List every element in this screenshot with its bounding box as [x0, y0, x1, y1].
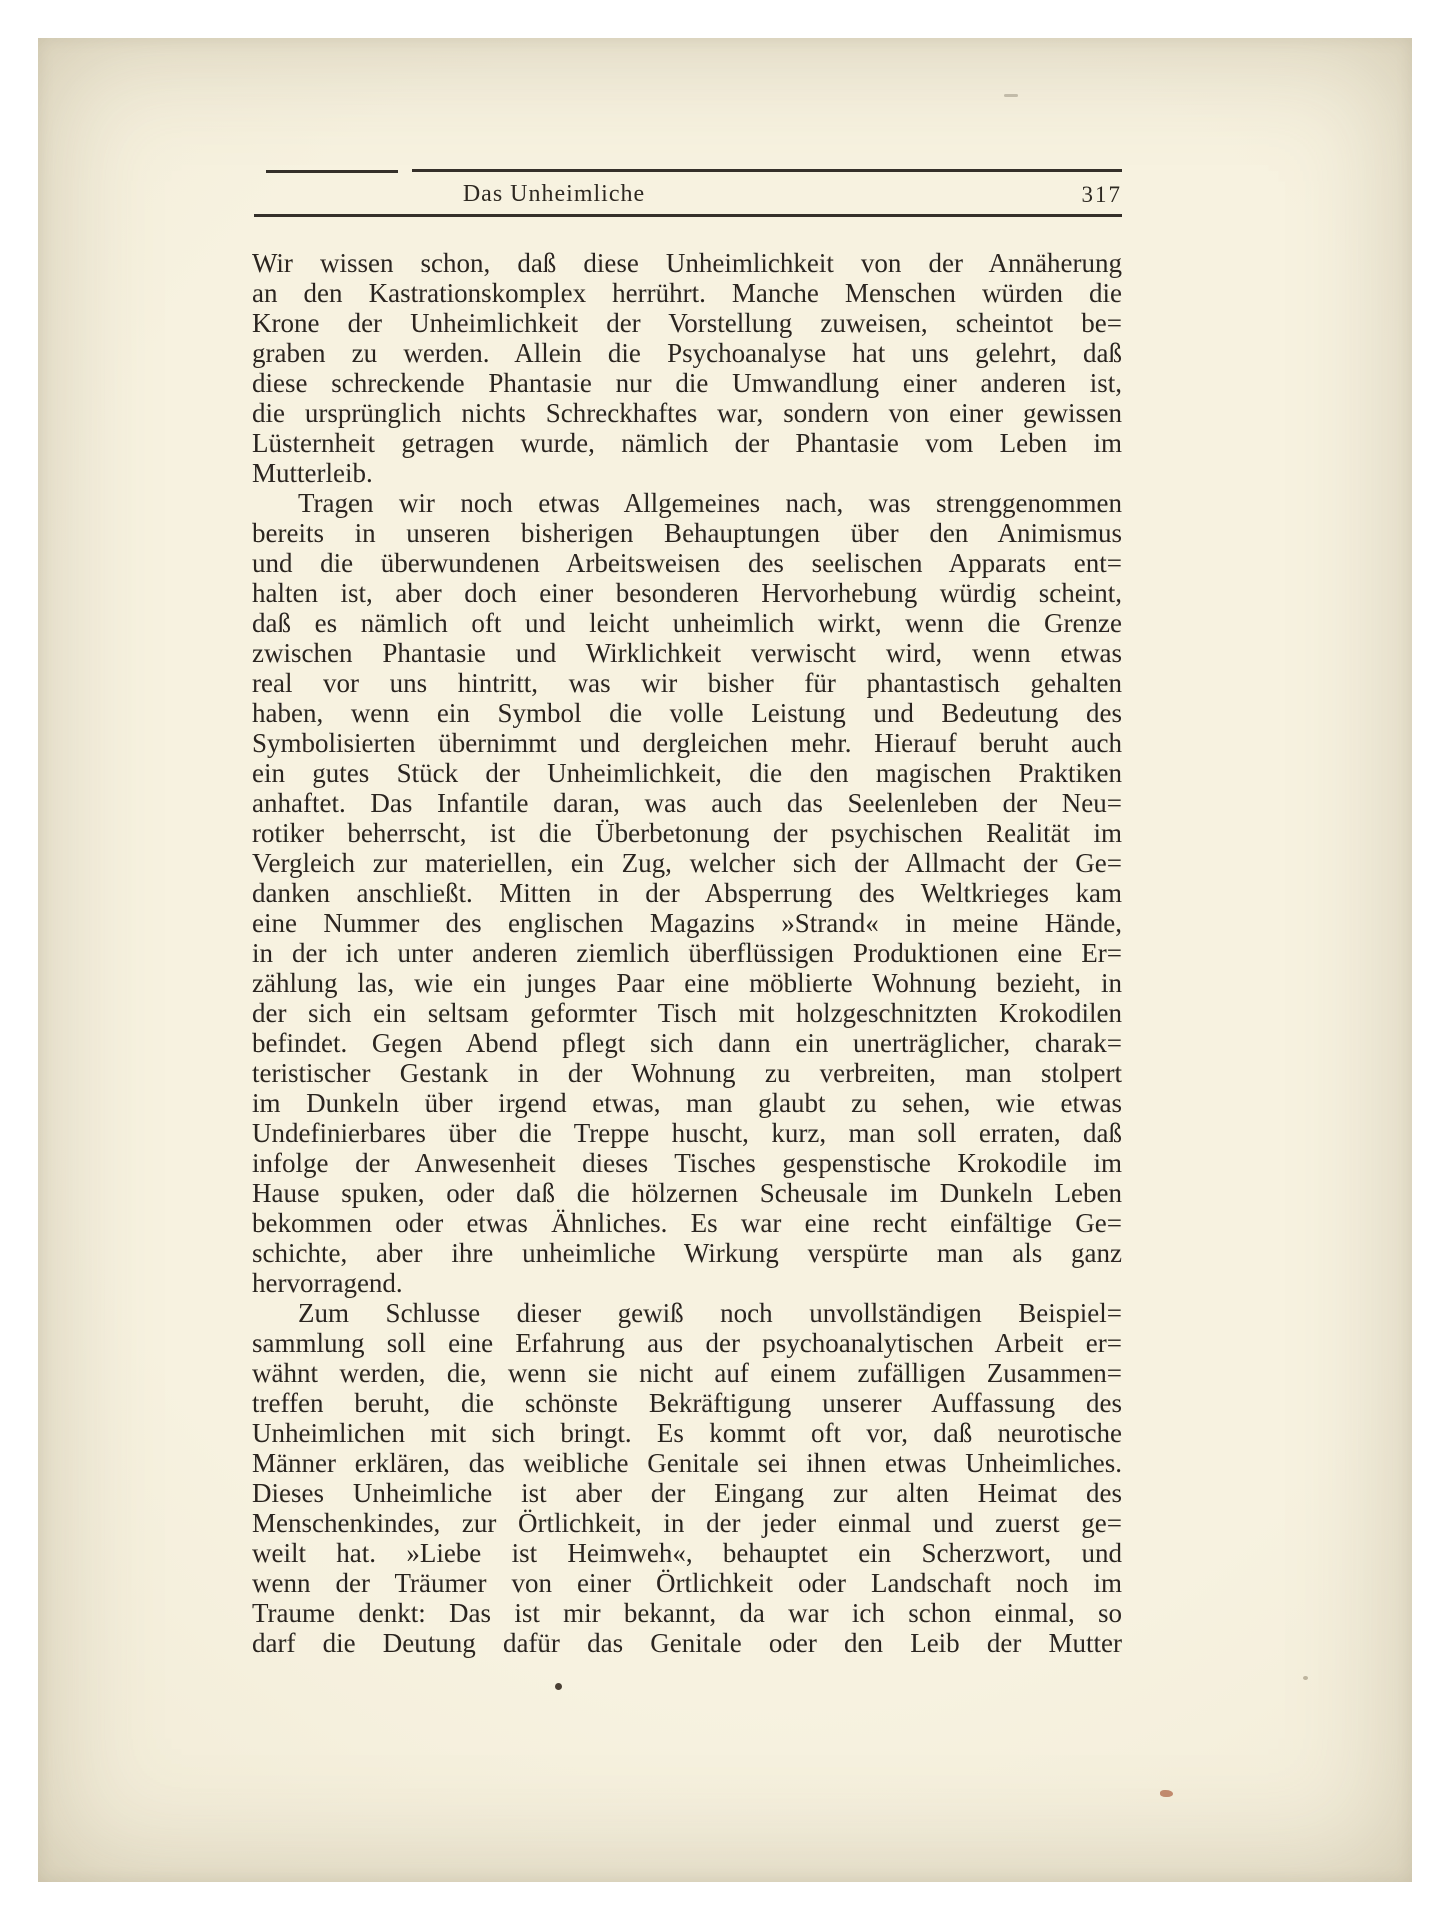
- paper-speck: [1303, 1676, 1308, 1680]
- paper-speck: [555, 1683, 562, 1690]
- text-line: befindet. Gegen Abend pflegt sich dann e…: [252, 1028, 1122, 1058]
- text-line: halten ist, aber doch einer besonderen H…: [252, 578, 1122, 608]
- page-number: 317: [1042, 180, 1122, 210]
- text-line: Symbolisierten übernimmt und dergleichen…: [252, 728, 1122, 758]
- text-block: Wir wissen schon, daß diese Unheimlichke…: [252, 248, 1122, 1658]
- text-line: teristischer Gestank in der Wohnung zu v…: [252, 1058, 1122, 1088]
- header-rule-top-left: [266, 170, 398, 173]
- text-line: danken anschließt. Mitten in der Absperr…: [252, 878, 1122, 908]
- text-line: zwischen Phantasie und Wirklichkeit verw…: [252, 638, 1122, 668]
- text-line: Tragen wir noch etwas Allgemeines nach, …: [252, 488, 1122, 518]
- text-line: der sich ein seltsam geformter Tisch mit…: [252, 998, 1122, 1028]
- text-line: haben, wenn ein Symbol die volle Leistun…: [252, 698, 1122, 728]
- text-line: daß es nämlich oft und leicht unheimlich…: [252, 608, 1122, 638]
- text-line: bereits in unseren bisherigen Behauptung…: [252, 518, 1122, 548]
- text-line: und die überwundenen Arbeitsweisen des s…: [252, 548, 1122, 578]
- text-line: Mutterleib.: [252, 458, 1122, 488]
- text-line: wenn der Träumer von einer Örtlichkeit o…: [252, 1568, 1122, 1598]
- text-line: infolge der Anwesenheit dieses Tisches g…: [252, 1148, 1122, 1178]
- text-line: zählung las, wie ein junges Paar eine mö…: [252, 968, 1122, 998]
- text-line: darf die Deutung dafür das Genitale oder…: [252, 1628, 1122, 1658]
- text-line: rotiker beherrscht, ist die Überbetonung…: [252, 818, 1122, 848]
- text-line: Undefinierbares über die Treppe huscht, …: [252, 1118, 1122, 1148]
- text-line: Krone der Unheimlichkeit der Vorstellung…: [252, 308, 1122, 338]
- scan-background: Das Unheimliche 317 Wir wissen schon, da…: [0, 0, 1449, 1915]
- text-line: an den Kastrationskomplex herrührt. Manc…: [252, 278, 1122, 308]
- text-line: sammlung soll eine Erfahrung aus der psy…: [252, 1328, 1122, 1358]
- text-line: diese schreckende Phantasie nur die Umwa…: [252, 368, 1122, 398]
- text-line: Wir wissen schon, daß diese Unheimlichke…: [252, 248, 1122, 278]
- text-line: ein gutes Stück der Unheimlichkeit, die …: [252, 758, 1122, 788]
- text-line: graben zu werden. Allein die Psychoanaly…: [252, 338, 1122, 368]
- running-header-title: Das Unheimliche: [254, 179, 854, 209]
- book-page: Das Unheimliche 317 Wir wissen schon, da…: [38, 38, 1412, 1882]
- text-line: Zum Schlusse dieser gewiß noch unvollstä…: [252, 1298, 1122, 1328]
- text-line: in der ich unter anderen ziemlich überfl…: [252, 938, 1122, 968]
- text-line: die ursprünglich nichts Schreckhaftes wa…: [252, 398, 1122, 428]
- text-line: Dieses Unheimliche ist aber der Eingang …: [252, 1478, 1122, 1508]
- text-line: Traume denkt: Das ist mir bekannt, da wa…: [252, 1598, 1122, 1628]
- text-line: Lüsternheit getragen wurde, nämlich der …: [252, 428, 1122, 458]
- text-line: anhaftet. Das Infantile daran, was auch …: [252, 788, 1122, 818]
- header-rule-top-right: [412, 169, 1122, 172]
- text-line: treffen beruht, die schönste Bekräftigun…: [252, 1388, 1122, 1418]
- text-line: weilt hat. »Liebe ist Heimweh«, behaupte…: [252, 1538, 1122, 1568]
- text-line: schichte, aber ihre unheimliche Wirkung …: [252, 1238, 1122, 1268]
- text-line: hervorragend.: [252, 1268, 1122, 1298]
- paragraph: Wir wissen schon, daß diese Unheimlichke…: [252, 248, 1122, 488]
- header-rule-bottom: [254, 214, 1122, 217]
- text-line: Menschenkindes, zur Örtlichkeit, in der …: [252, 1508, 1122, 1538]
- paragraph: Tragen wir noch etwas Allgemeines nach, …: [252, 488, 1122, 1298]
- paper-speck: [1004, 94, 1018, 97]
- text-line: eine Nummer des englischen Magazins »Str…: [252, 908, 1122, 938]
- paragraph: Zum Schlusse dieser gewiß noch unvollstä…: [252, 1298, 1122, 1658]
- text-line: Männer erklären, das weibliche Genitale …: [252, 1448, 1122, 1478]
- text-line: Hause spuken, oder daß die hölzernen Sch…: [252, 1178, 1122, 1208]
- text-line: bekommen oder etwas Ähnliches. Es war ei…: [252, 1208, 1122, 1238]
- text-line: im Dunkeln über irgend etwas, man glaubt…: [252, 1088, 1122, 1118]
- text-line: real vor uns hintritt, was wir bisher fü…: [252, 668, 1122, 698]
- paper-speck: [1160, 1790, 1173, 1797]
- text-line: wähnt werden, die, wenn sie nicht auf ei…: [252, 1358, 1122, 1388]
- text-line: Vergleich zur materiellen, ein Zug, welc…: [252, 848, 1122, 878]
- text-line: Unheimlichen mit sich bringt. Es kommt o…: [252, 1418, 1122, 1448]
